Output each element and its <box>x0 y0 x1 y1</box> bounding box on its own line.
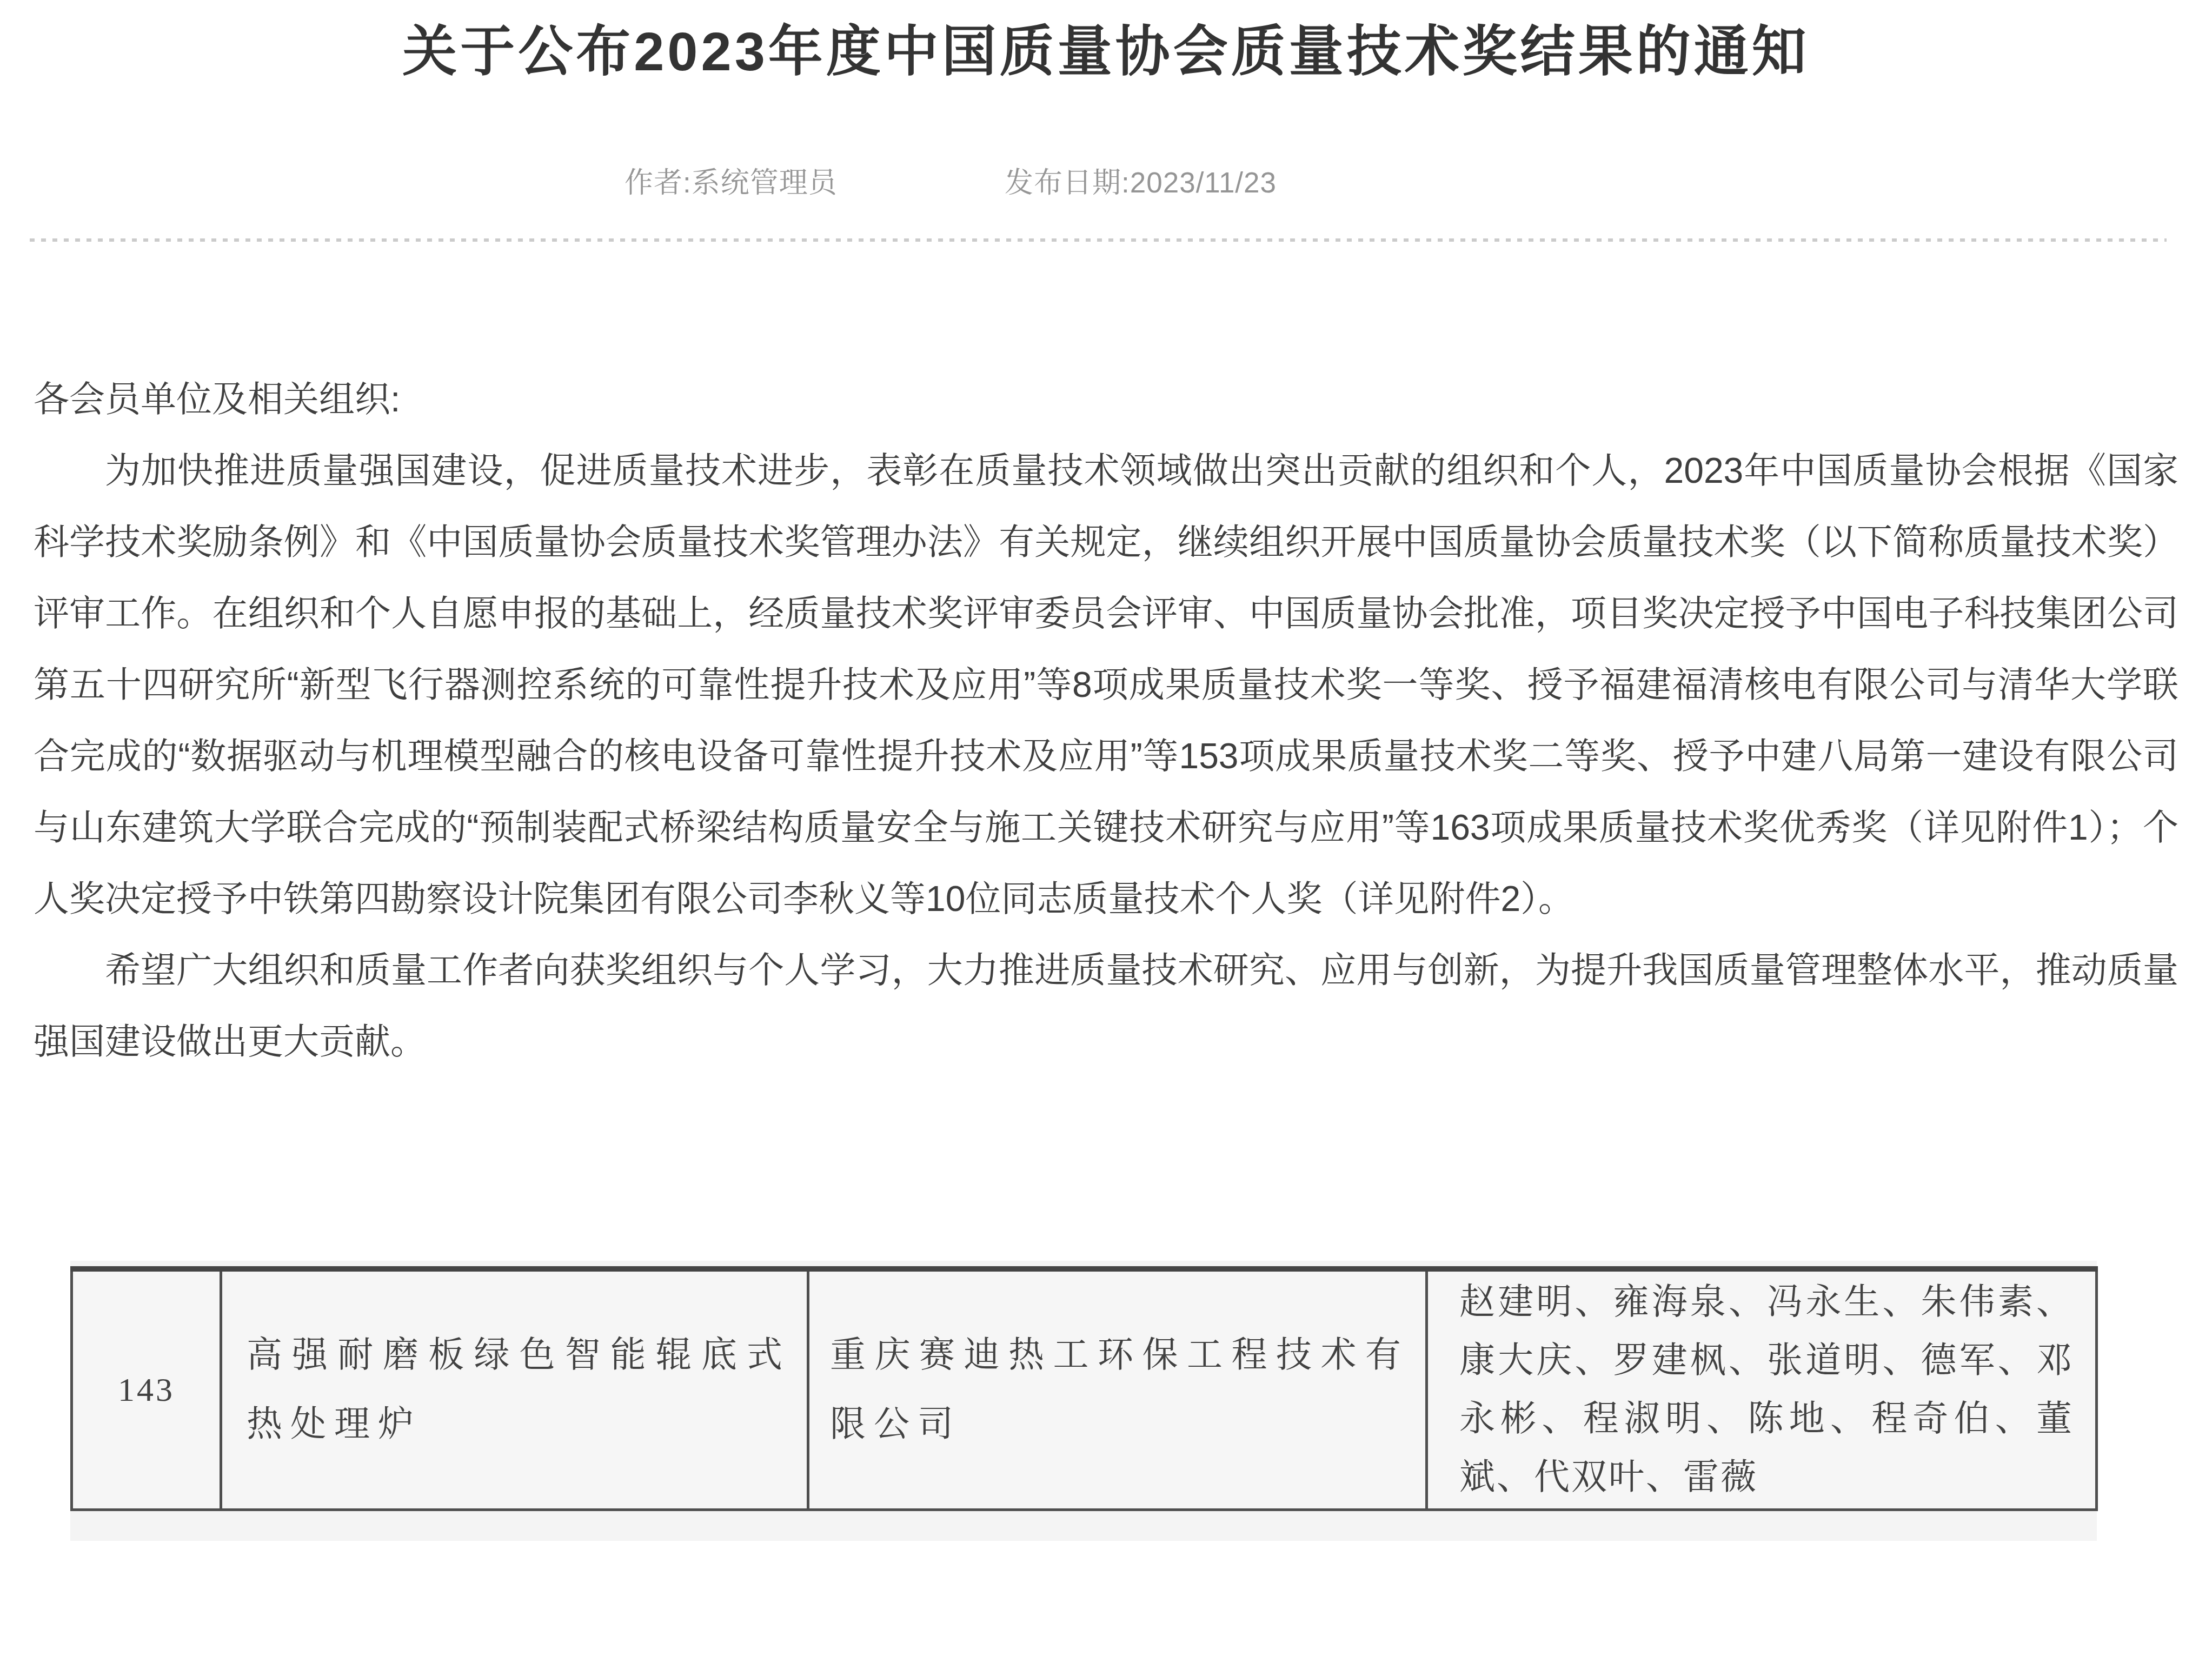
salutation-line: 各会员单位及相关组织: <box>34 363 2178 435</box>
project-name-cell: 高强耐磨板绿色智能辊底式热处理炉 <box>221 1269 808 1510</box>
publish-date-label: 发布日期:2023/11/23 <box>1005 160 1277 201</box>
attachment-table-scan: 143 高强耐磨板绿色智能辊底式热处理炉 重庆赛迪热工环保工程技术有限公司 赵建… <box>70 1261 2097 1541</box>
notice-paragraph-1: 为加快推进质量强国建设，促进质量技术进步，表彰在质量技术领域做出突出贡献的组织和… <box>34 435 2178 934</box>
notice-body: 各会员单位及相关组织: 为加快推进质量强国建设，促进质量技术进步，表彰在质量技术… <box>34 363 2178 1077</box>
author-label: 作者:系统管理员 <box>625 160 838 201</box>
meta-row: 作者:系统管理员 发布日期:2023/11/23 <box>0 160 2212 198</box>
award-table: 143 高强耐磨板绿色智能辊底式热处理炉 重庆赛迪热工环保工程技术有限公司 赵建… <box>70 1266 2098 1511</box>
page-title: 关于公布2023年度中国质量协会质量技术奖结果的通知 <box>0 8 2212 86</box>
organization-cell: 重庆赛迪热工环保工程技术有限公司 <box>808 1269 1427 1510</box>
notice-page: 关于公布2023年度中国质量协会质量技术奖结果的通知 作者:系统管理员 发布日期… <box>0 0 2212 1676</box>
notice-paragraph-2: 希望广大组织和质量工作者向获奖组织与个人学习，大力推进质量技术研究、应用与创新，… <box>34 934 2178 1077</box>
dashed-divider <box>30 238 2167 242</box>
award-number-cell: 143 <box>72 1269 221 1510</box>
awardees-cell: 赵建明、雍海泉、冯永生、朱伟素、康大庆、罗建枫、张道明、德军、邓永彬、程淑明、陈… <box>1427 1269 2097 1510</box>
table-row: 143 高强耐磨板绿色智能辊底式热处理炉 重庆赛迪热工环保工程技术有限公司 赵建… <box>72 1269 2097 1510</box>
